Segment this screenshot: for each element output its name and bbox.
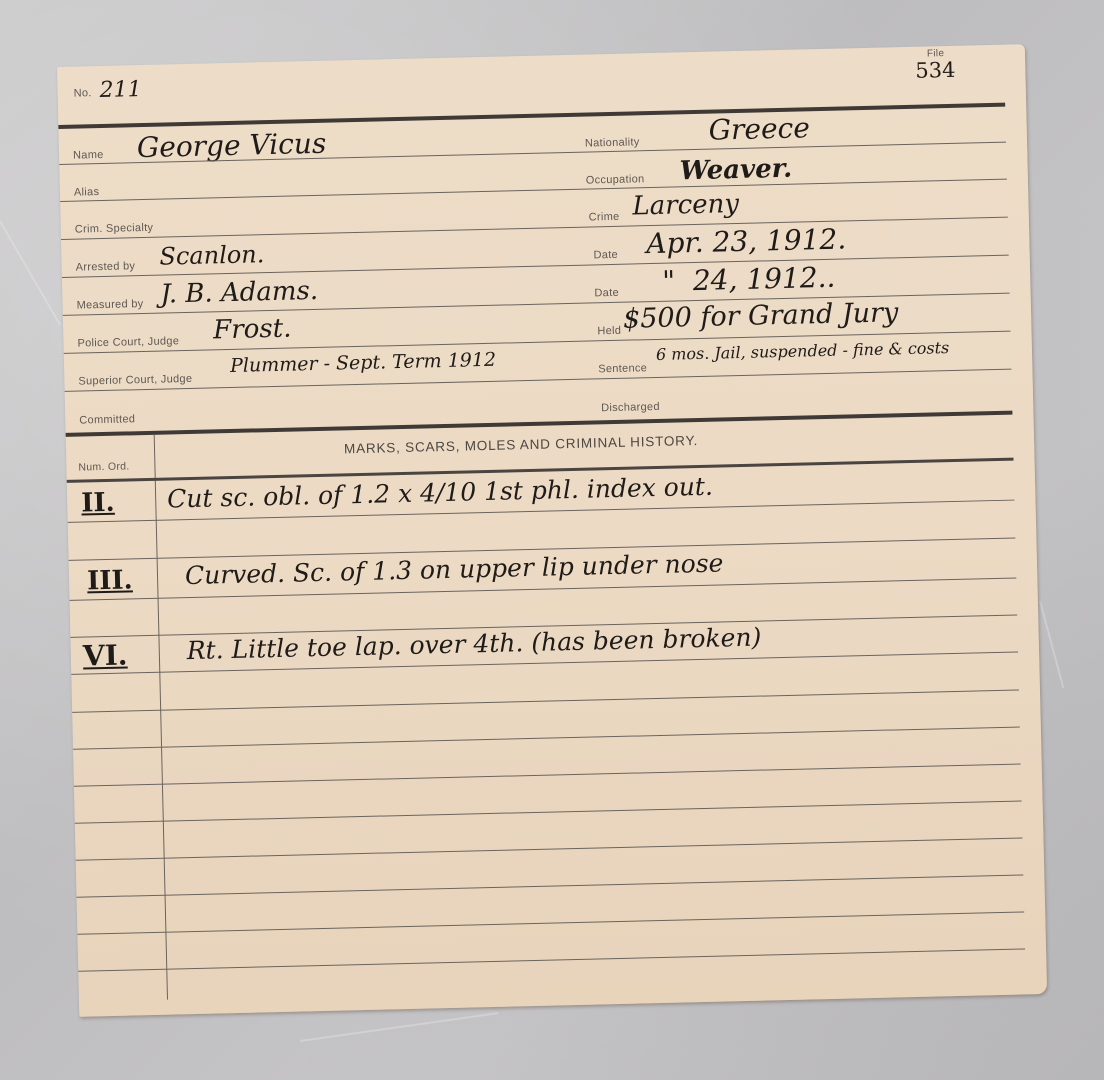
field-label-committed: Committed	[79, 413, 135, 426]
left-fields: Name George Vicus Alias Crim. Specialty …	[57, 44, 1025, 67]
field-value-arrested-by: Scanlon.	[159, 240, 264, 270]
field-value-nationality: Greece	[708, 111, 810, 146]
field-label-measured-by: Measured by	[76, 298, 143, 312]
history-entry: II. Cut sc. obl. of 1.2 x 4/10 1st phl. …	[57, 44, 1025, 67]
marble-vein	[0, 221, 61, 326]
row-rule	[62, 265, 582, 278]
row-rule	[74, 763, 1021, 786]
field-label-superior-court-judge: Superior Court, Judge	[78, 373, 192, 388]
field-label-discharged: Discharged	[601, 401, 660, 414]
field-label-nationality: Nationality	[585, 136, 640, 149]
field-label-sentence: Sentence	[598, 362, 647, 375]
field-label-held: Held	[597, 325, 621, 338]
history-entry-num: III.	[87, 565, 133, 596]
row-rule	[77, 874, 1024, 897]
field-value-occupation: Weaver.	[679, 154, 792, 187]
row-rule	[73, 726, 1020, 749]
field-label-name: Name	[73, 149, 104, 162]
field-label-date-2: Date	[594, 287, 619, 300]
field-label-crim-specialty: Crim. Specialty	[75, 222, 154, 236]
field-value-date-1: Apr. 23, 1912.	[646, 222, 847, 260]
history-entry-num: VI.	[82, 639, 127, 673]
field-label-alias: Alias	[74, 186, 100, 199]
field-value-crime: Larceny	[632, 189, 739, 222]
field-label-date-1: Date	[593, 249, 618, 262]
number-label: No.	[73, 87, 91, 99]
row-rule	[75, 800, 1022, 823]
row-rule	[78, 948, 1025, 971]
field-value-date-2: " 24, 1912..	[662, 261, 836, 298]
marble-vein	[1039, 601, 1064, 688]
row-rule	[76, 837, 1023, 860]
field-value-sentence: 6 mos. Jail, suspended - fine & costs	[656, 338, 950, 364]
history-section: Num. Ord. MARKS, SCARS, MOLES AND CRIMIN…	[57, 44, 1025, 67]
num-ord-label: Num. Ord.	[78, 460, 129, 473]
marble-vein	[300, 1012, 498, 1042]
criminal-record-card: No. 211 File 534 Name George Vicus Alias…	[57, 44, 1047, 1017]
history-entry: VI. Rt. Little toe lap. over 4th. (has b…	[57, 44, 1025, 67]
top-heavy-rule	[58, 103, 1005, 129]
history-entry: III. Curved. Sc. of 1.3 on upper lip und…	[57, 44, 1025, 67]
section-heavy-rule	[66, 411, 1013, 437]
field-value-superior-court-judge: Plummer - Sept. Term 1912	[230, 349, 496, 377]
field-label-police-court-judge: Police Court, Judge	[77, 335, 179, 349]
field-value-police-court-judge: Frost.	[213, 314, 292, 346]
row-rule	[584, 369, 1011, 380]
history-title: MARKS, SCARS, MOLES AND CRIMINAL HISTORY…	[344, 433, 698, 456]
field-label-arrested-by: Arrested by	[76, 260, 136, 273]
right-fields: Nationality Greece Occupation Weaver. Cr…	[57, 44, 1025, 67]
field-value-measured-by: J. B. Adams.	[160, 276, 318, 310]
field-label-occupation: Occupation	[586, 173, 645, 186]
history-entry-num: II.	[81, 488, 115, 519]
field-value-held: $500 for Grand Jury	[623, 297, 899, 334]
number-value: 211	[99, 77, 142, 103]
file-value: 534	[915, 58, 956, 83]
row-rule	[77, 911, 1024, 934]
row-rule	[72, 690, 1019, 713]
field-label-crime: Crime	[589, 211, 620, 224]
row-rule	[60, 189, 580, 202]
